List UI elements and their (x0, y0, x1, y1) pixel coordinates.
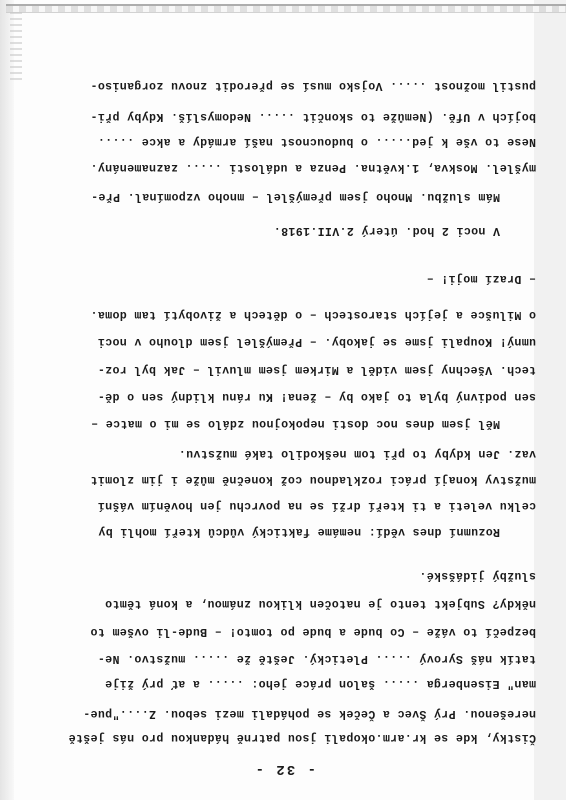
text-line: celku veleti a ti kteří drží se na povrc… (98, 498, 536, 512)
text-line: někdy? Subjekt tento je natočen klikou z… (105, 596, 536, 610)
text-line: nerešenou. Prý Švec a Čeček se pohádali … (83, 706, 536, 720)
rotated-page-content: - 32 - Čistky, kde se kr.arm.okopali jso… (0, 0, 566, 800)
text-line: bezpečí to váže – Co bude a bude po tomt… (90, 624, 536, 638)
text-line: mužstvy konají práci rozkladnou což kone… (90, 472, 536, 486)
text-line: službý jidášské. (419, 568, 536, 582)
text-line: bojích v Ufě. (Nemůže to skončit ..... N… (90, 109, 536, 123)
scanned-page: - 32 - Čistky, kde se kr.arm.okopali jso… (0, 0, 566, 800)
text-line: Rozumní dnes vědí: nemáme faktický vůdců… (98, 524, 500, 538)
text-line: pustil možnost ..... Vojsko musí se přer… (90, 78, 536, 92)
text-line: – Drazí moji! – (426, 271, 536, 285)
text-line: man" Eisenberga ..... šalon práce jeho: … (105, 676, 536, 690)
text-line: Čistky, kde se kr.arm.okopali jsou patrn… (68, 730, 536, 744)
text-line: o Milušce a jejích starostech – o dětech… (90, 307, 536, 321)
text-line: Jen kdyby to při tom neškodilo také mužs… (178, 446, 500, 460)
text-line: sen podivný byla to jako by – žena! Ku r… (98, 389, 536, 403)
text-line: Měl jsem dnes noc dosti nepokojnou zdálo… (91, 416, 500, 430)
text-line: Mám službu. Mnoho jsem přemýšlel – mnoho… (91, 189, 500, 203)
page-number: - 32 - (254, 762, 316, 776)
text-line: myšlel. Moskva, 1.května. Penza a událos… (90, 160, 536, 174)
text-line: umný! Koupali jsme se jakoby. – Přemýšle… (98, 334, 536, 348)
text-line: Nese to vše k jed..... o budoucnost naší… (98, 134, 536, 148)
text-line: tech. Všechny jsem viděl a Mirkem jsem m… (98, 362, 536, 376)
text-line: tatík náš Syrový ..... Pletický. Ještě ž… (98, 651, 536, 665)
text-line: V noci 2 hod. úterý 2.VII.1918. (273, 223, 500, 237)
text-line: vaz. (507, 446, 536, 460)
